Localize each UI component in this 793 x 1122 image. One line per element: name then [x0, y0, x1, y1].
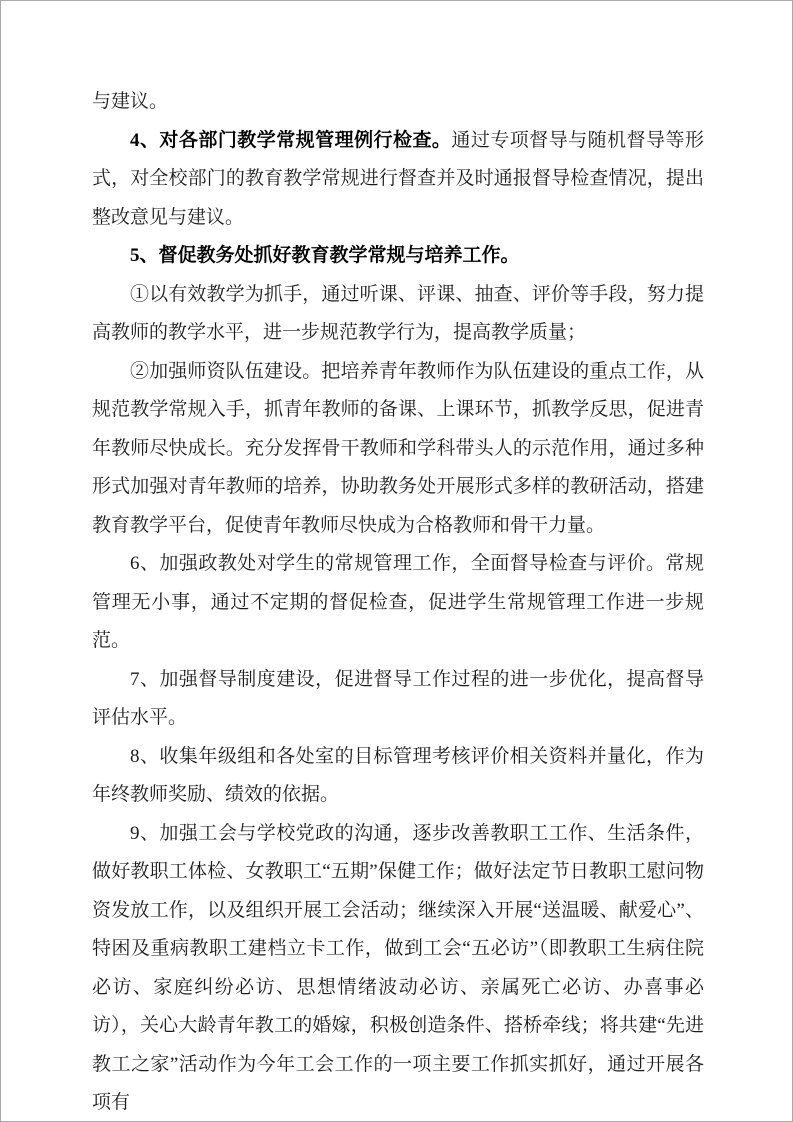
text-run: ①以有效教学为抓手，通过听课、评课、抽查、评价等手段，努力提高教师的教学水平，进… — [92, 284, 704, 344]
text-run: 与建议。 — [92, 91, 168, 112]
paragraph: 6、加强政教处对学生的常规管理工作，全面督导检查与评价。常规管理无小事，通过不定… — [92, 545, 704, 661]
paragraph: 8、收集年级组和各处室的目标管理考核评价相关资料并量化，作为年终教师奖励、绩效的… — [92, 738, 704, 815]
document-text-area: 与建议。4、对各部门教学常规管理例行检查。通过专项督导与随机督导等形式，对全校部… — [92, 83, 704, 1122]
paragraph: 4、对各部门教学常规管理例行检查。通过专项督导与随机督导等形式，对全校部门的教育… — [92, 122, 704, 238]
bold-text-run: 4、对各部门教学常规管理例行检查。 — [130, 130, 451, 151]
text-run: 6、加强政教处对学生的常规管理工作，全面督导检查与评价。常规管理无小事，通过不定… — [92, 553, 704, 651]
paragraph: 5、督促教务处抓好教育教学常规与培养工作。 — [92, 237, 704, 276]
paragraph: ②加强师资队伍建设。把培养青年教师作为队伍建设的重点工作，从规范教学常规入手，抓… — [92, 353, 704, 546]
paragraph: ①以有效教学为抓手，通过听课、评课、抽查、评价等手段，努力提高教师的教学水平，进… — [92, 276, 704, 353]
paragraph: 9、加强工会与学校党政的沟通，逐步改善教职工工作、生活条件，做好教职工体检、女教… — [92, 815, 704, 1122]
paragraph: 7、加强督导制度建设，促进督导工作过程的进一步优化，提高督导评估水平。 — [92, 661, 704, 738]
text-run: 9、加强工会与学校党政的沟通，逐步改善教职工工作、生活条件，做好教职工体检、女教… — [92, 823, 704, 1114]
text-run: ②加强师资队伍建设。把培养青年教师作为队伍建设的重点工作，从规范教学常规入手，抓… — [92, 361, 704, 536]
text-run: 8、收集年级组和各处室的目标管理考核评价相关资料并量化，作为年终教师奖励、绩效的… — [92, 746, 704, 806]
document-page: 与建议。4、对各部门教学常规管理例行检查。通过专项督导与随机督导等形式，对全校部… — [0, 0, 793, 1122]
paragraph: 与建议。 — [92, 83, 704, 122]
bold-text-run: 5、督促教务处抓好教育教学常规与培养工作。 — [130, 245, 520, 266]
text-run: 7、加强督导制度建设，促进督导工作过程的进一步优化，提高督导评估水平。 — [92, 669, 704, 729]
